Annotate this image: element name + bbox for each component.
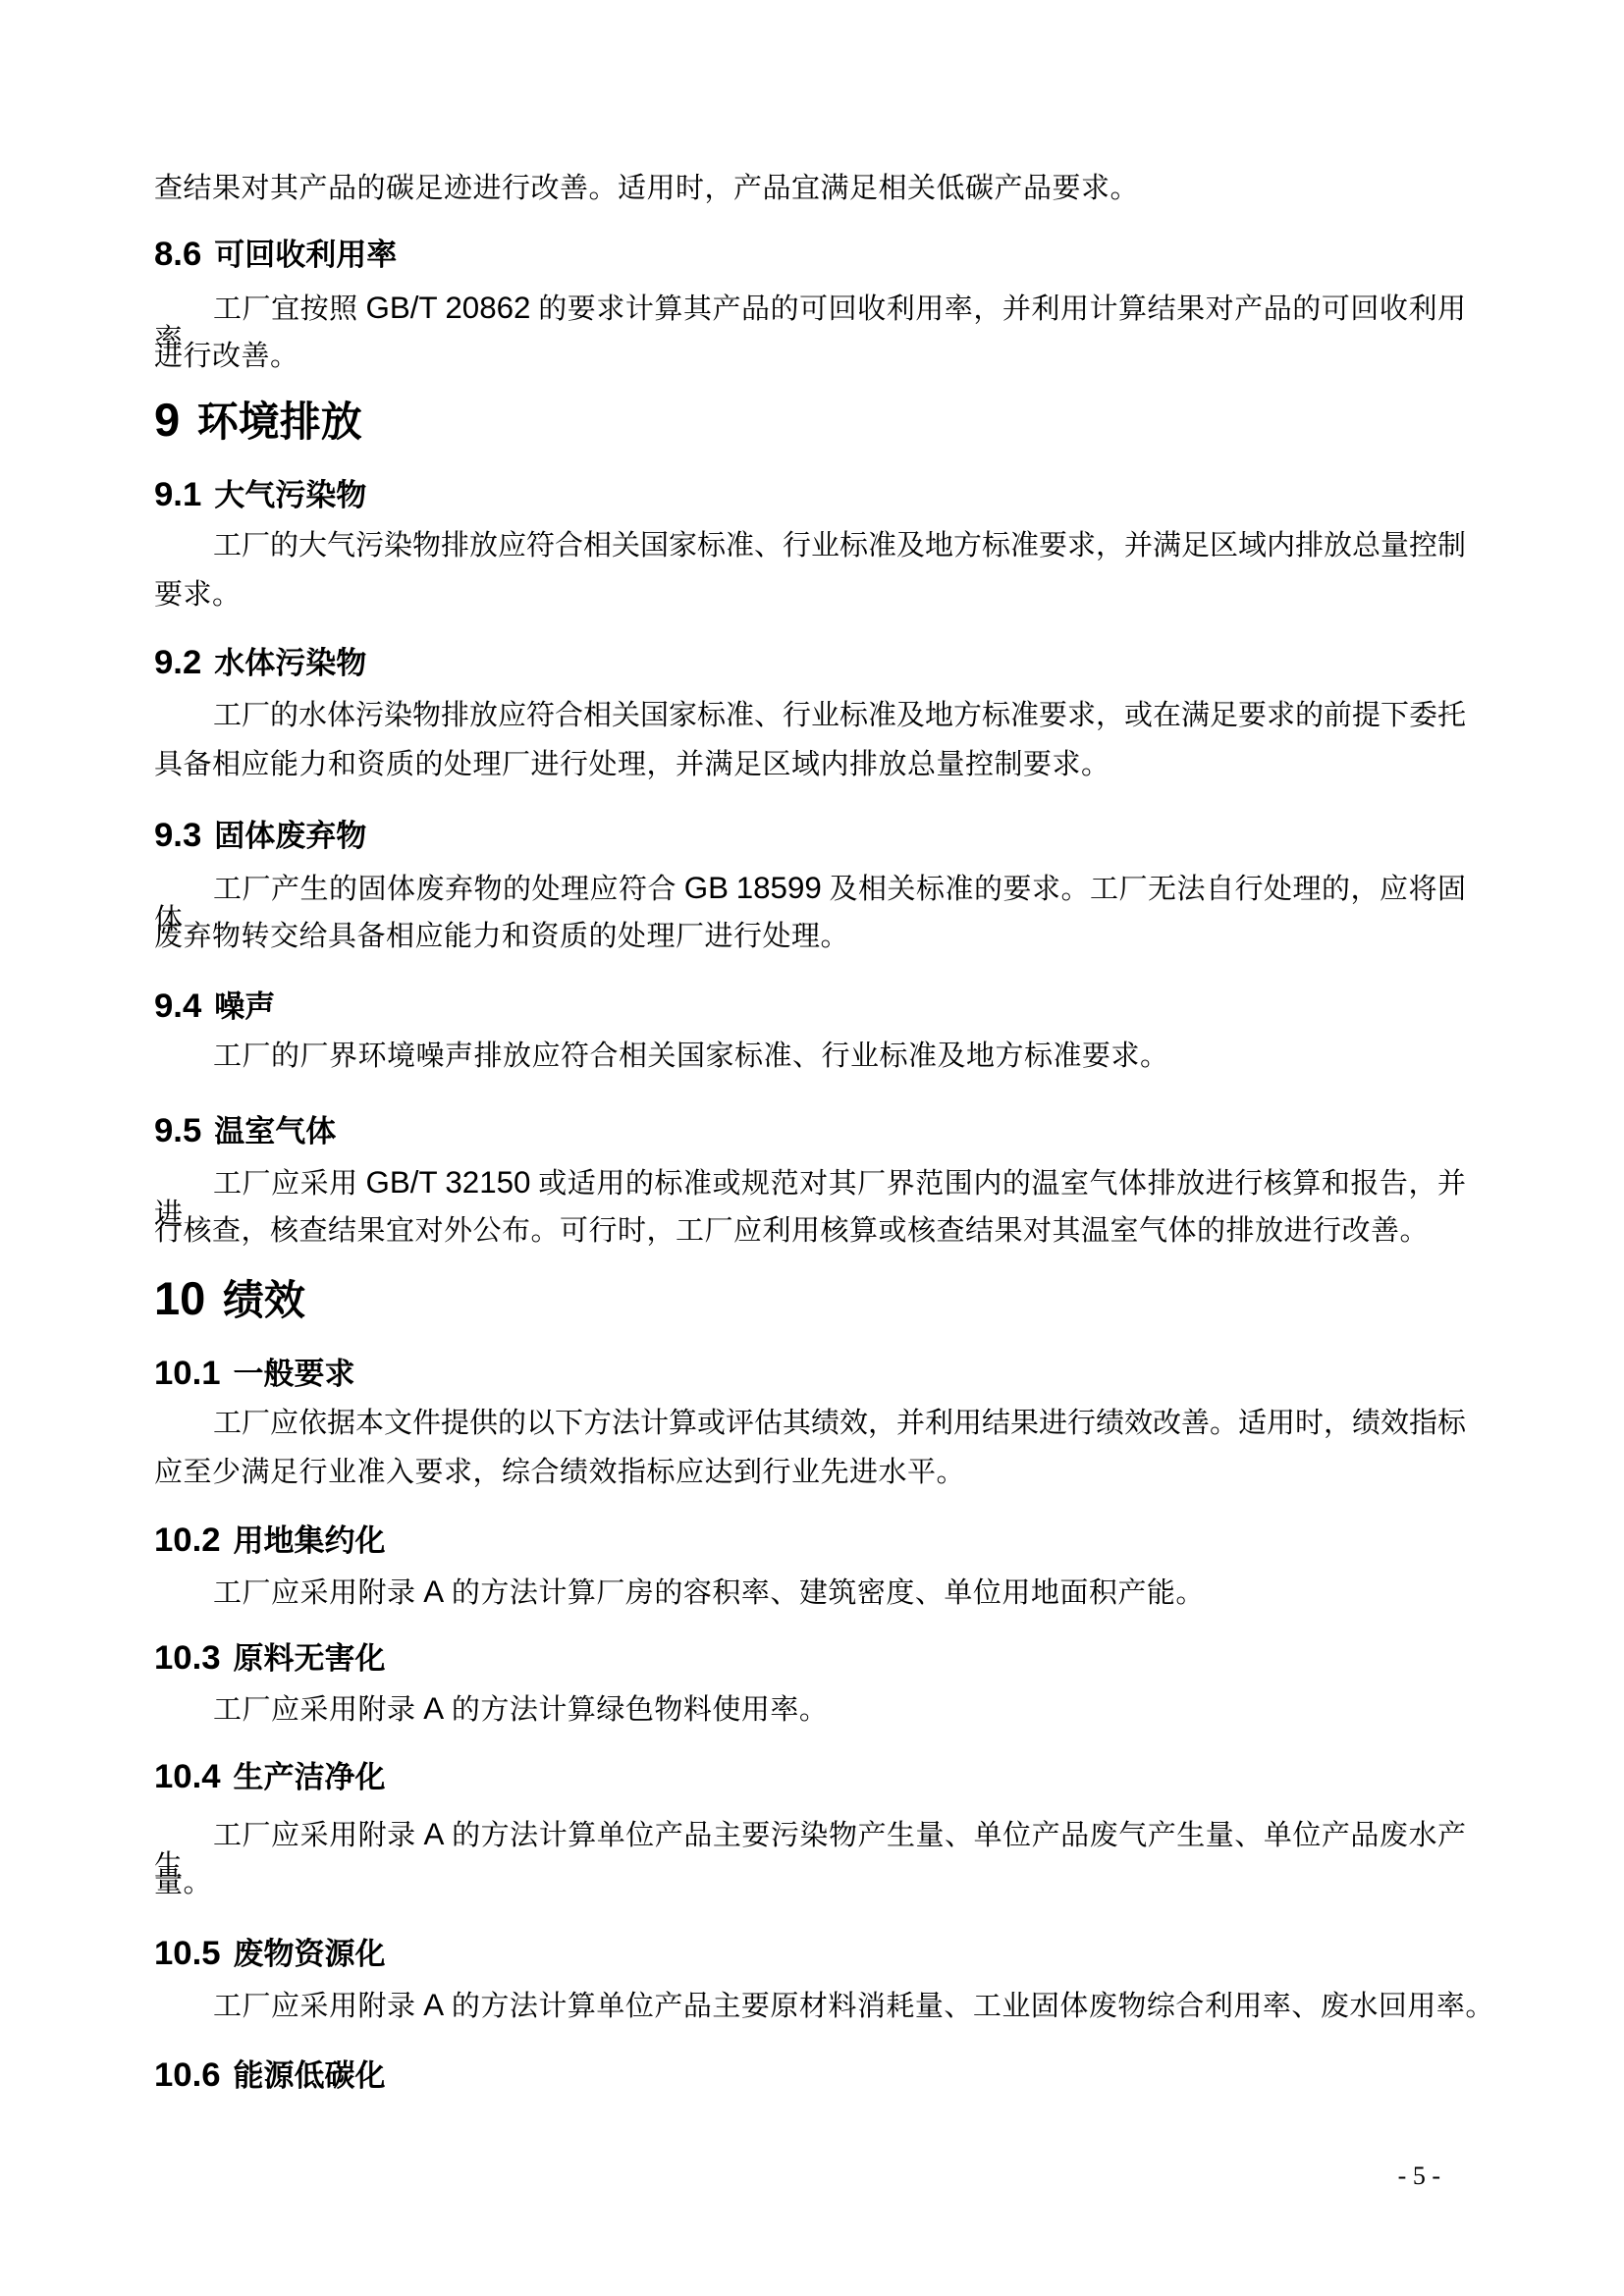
section-heading: 10.5 废物资源化 xyxy=(154,1938,1466,1970)
latin-text: 10.2 xyxy=(154,1522,221,1559)
body-line: 工厂的大气污染物排放应符合相关国家标准、行业标准及地方标准要求，并满足区域内排放… xyxy=(154,531,1466,561)
body-line: 应至少满足行业准入要求，综合绩效指标应达到行业先进水平。 xyxy=(154,1458,1466,1488)
section-heading: 9.3 固体废弃物 xyxy=(154,820,1466,852)
latin-text: A xyxy=(423,1817,444,1851)
latin-text: 9.1 xyxy=(154,476,201,513)
body-line: 废弃物转交给具备相应能力和资质的处理厂进行处理。 xyxy=(154,922,1466,952)
latin-text: 9 xyxy=(154,394,180,446)
body-line: 要求。 xyxy=(154,580,1466,611)
latin-text: 18599 xyxy=(736,871,822,905)
body-line: 工厂应采用附录 A 的方法计算单位产品主要原材料消耗量、工业固体废物综合利用率、… xyxy=(154,1990,1466,2022)
body-line: 行核查，核查结果宜对外公布。可行时，工厂应利用核算或核查结果对其温室气体的排放进… xyxy=(154,1216,1466,1247)
latin-text: 10.4 xyxy=(154,1758,221,1795)
latin-text: GB/T xyxy=(366,1165,438,1200)
latin-text: 9.2 xyxy=(154,644,201,681)
body-line: 进行改善。 xyxy=(154,342,1466,372)
latin-text: 10 xyxy=(154,1272,205,1324)
body-line: 工厂的水体污染物排放应符合相关国家标准、行业标准及地方标准要求，或在满足要求的前… xyxy=(154,701,1466,731)
body-line: 工厂的厂界环境噪声排放应符合相关国家标准、行业标准及地方标准要求。 xyxy=(154,1041,1466,1072)
latin-text: 9.3 xyxy=(154,817,201,854)
section-heading: 10.1 一般要求 xyxy=(154,1358,1466,1390)
latin-text: A xyxy=(423,1988,444,2022)
section-heading: 10.3 原料无害化 xyxy=(154,1642,1466,1675)
section-heading: 9.4 噪声 xyxy=(154,990,1466,1023)
latin-text: 20862 xyxy=(445,291,530,325)
latin-text: 8.6 xyxy=(154,236,201,273)
chapter-heading: 10 绩效 xyxy=(154,1277,1466,1322)
latin-text: GB/T xyxy=(366,291,438,325)
body-line: 工厂应采用附录 A 的方法计算厂房的容积率、建筑密度、单位用地面积产能。 xyxy=(154,1576,1466,1609)
section-heading: 10.4 生产洁净化 xyxy=(154,1761,1466,1793)
latin-text: GB xyxy=(684,871,729,905)
latin-text: 32150 xyxy=(445,1165,530,1200)
latin-text: 10.5 xyxy=(154,1935,221,1972)
document-page: 查结果对其产品的碳足迹进行改善。适用时，产品宜满足相关低碳产品要求。8.6 可回… xyxy=(0,0,1624,2296)
section-heading: 10.2 用地集约化 xyxy=(154,1524,1466,1557)
body-line: 工厂应依据本文件提供的以下方法计算或评估其绩效，并利用结果进行绩效改善。适用时，… xyxy=(154,1409,1466,1439)
body-line: 查结果对其产品的碳足迹进行改善。适用时，产品宜满足相关低碳产品要求。 xyxy=(154,174,1466,204)
body-line: 具备相应能力和资质的处理厂进行处理，并满足区域内排放总量控制要求。 xyxy=(154,750,1466,780)
latin-text: 9.5 xyxy=(154,1112,201,1149)
body-line: 量。 xyxy=(154,1868,1466,1898)
section-heading: 9.2 水体污染物 xyxy=(154,647,1466,679)
latin-text: 10.6 xyxy=(154,2056,221,2094)
page-number: - 5 - xyxy=(1398,2163,1440,2190)
body-line: 工厂应采用附录 A 的方法计算绿色物料使用率。 xyxy=(154,1693,1466,1726)
latin-text: 10.1 xyxy=(154,1355,221,1392)
latin-text: 9.4 xyxy=(154,988,201,1025)
section-heading: 9.1 大气污染物 xyxy=(154,479,1466,511)
latin-text: A xyxy=(423,1575,444,1609)
section-heading: 8.6 可回收利用率 xyxy=(154,239,1466,271)
chapter-heading: 9 环境排放 xyxy=(154,399,1466,444)
latin-text: A xyxy=(423,1691,444,1726)
section-heading: 9.5 温室气体 xyxy=(154,1115,1466,1148)
latin-text: 10.3 xyxy=(154,1639,221,1677)
section-heading: 10.6 能源低碳化 xyxy=(154,2059,1466,2092)
